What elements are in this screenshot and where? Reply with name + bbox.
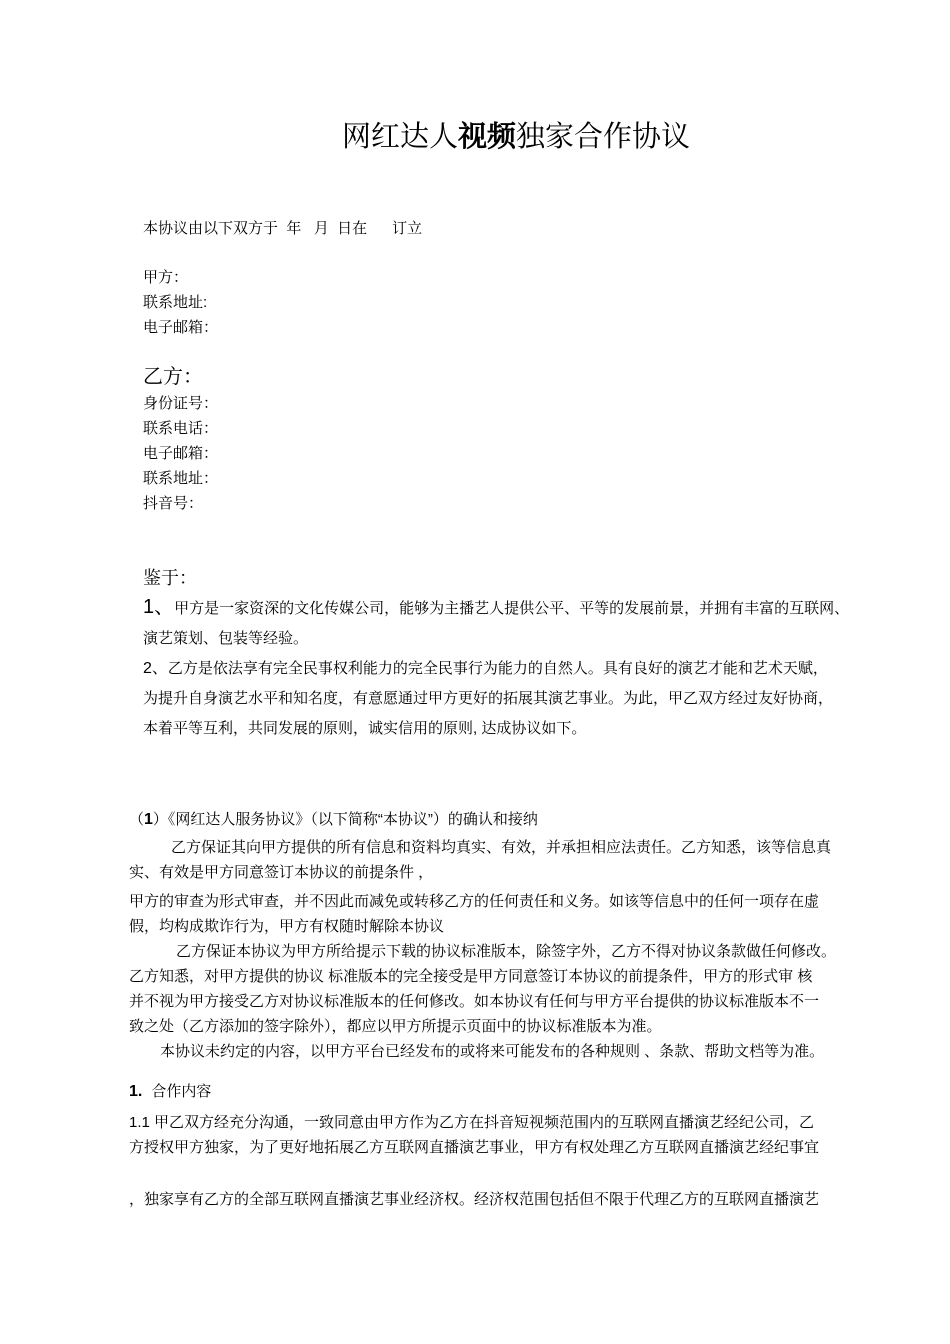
whereas-item-2-line: 为提升自身演艺水平和知名度，有意愿通过甲方更好的拓展其演艺事业。为此，甲乙双方经… xyxy=(143,684,950,714)
paragraph-line: 乙方保证本协议为甲方所给提示下载的协议标准版本，除签字外，乙方不得对协议条款做任… xyxy=(129,939,950,964)
title-segment: 独家合作协议 xyxy=(516,121,690,153)
party-a-label: 甲方： xyxy=(143,265,950,290)
party-a-address: 联系地址: xyxy=(143,290,950,315)
contract-document-page: 网红达人视频独家合作协议 本协议由以下双方于 年 月 日在 订立 甲方： 联系地… xyxy=(0,0,950,1344)
whereas-item-1-text: 甲方是一家资深的文化传媒公司，能够为主播艺人提供公平、平等的发展前景，并拥有丰富… xyxy=(174,600,849,617)
document-title: 网红达人视频独家合作协议 xyxy=(342,119,950,155)
party-b-heading: 乙方： xyxy=(143,363,950,391)
whereas-item-1-line: 1、甲方是一家资深的文化传媒公司，能够为主播艺人提供公平、平等的发展前景，并拥有… xyxy=(143,592,950,624)
paragraph-line: ，独家享有乙方的全部互联网直播演艺事业经济权。经济权范围包括但不限于代理乙方的互… xyxy=(129,1187,950,1212)
clause-1-paragraph-3: 乙方保证本协议为甲方所给提示下载的协议标准版本，除签字外，乙方不得对协议条款做任… xyxy=(129,939,950,1039)
clause-1-heading-number: 1 xyxy=(144,811,153,828)
whereas-item-1: 1、甲方是一家资深的文化传媒公司，能够为主播艺人提供公平、平等的发展前景，并拥有… xyxy=(143,592,950,654)
party-b-douyin-id: 抖音号： xyxy=(143,491,950,516)
paragraph-line: 并不视为甲方接受乙方对协议标准版本的任何修改。如本协议有任何与甲方平台提供的协议… xyxy=(129,989,950,1014)
paragraph-line: 乙方保证其向甲方提供的所有信息和资料均真实、有效，并承担相应法责任。乙方知悉，该… xyxy=(129,835,950,860)
clause-1-heading-paren: （ xyxy=(129,811,144,828)
paragraph-line: 实、有效是甲方同意签订本协议的前提条件 ， xyxy=(129,860,950,885)
clause-2-paragraph-1-1-continued: ，独家享有乙方的全部互联网直播演艺事业经济权。经济权范围包括但不限于代理乙方的互… xyxy=(129,1187,950,1212)
whereas-item-2-line: 2、乙方是依法享有完全民事权利能力的完全民事行为能力的自然人。具有良好的演艺才能… xyxy=(143,654,950,684)
party-a-block: 甲方： 联系地址: 电子邮箱： xyxy=(143,265,950,340)
paragraph-line: 1.1 甲乙双方经充分沟通，一致同意由甲方作为乙方在抖音短视频范围内的互联网直播… xyxy=(129,1110,950,1135)
whereas-item-2-line: 本着平等互利，共同发展的原则，诚实信用的原则, 达成协议如下。 xyxy=(143,714,950,744)
clause-1-paragraph-2: 甲方的审查为形式审查，并不因此而减免或转移乙方的任何责任和义务。如该等信息中的任… xyxy=(129,889,950,939)
agreement-date-line: 本协议由以下双方于 年 月 日在 订立 xyxy=(143,216,950,241)
whereas-item-1-number: 1、 xyxy=(143,596,174,618)
paragraph-line: 乙方知悉，对甲方提供的协议 标准版本的完全接受是甲方同意签订本协议的前提条件，甲… xyxy=(129,964,950,989)
clause-1-heading: （1）《网红达人服务协议》（以下简称“本协议”）的确认和接纳 xyxy=(129,807,950,832)
clause-1-paragraph-1: 乙方保证其向甲方提供的所有信息和资料均真实、有效，并承担相应法责任。乙方知悉，该… xyxy=(129,835,950,885)
title-bold-segment: 视频 xyxy=(458,121,516,153)
whereas-heading: 鉴于： xyxy=(143,564,950,592)
clause-2-heading-number: 1. xyxy=(129,1083,142,1100)
paragraph-line: 方授权甲方独家，为了更好地拓展乙方互联网直播演艺事业，甲方有权处理乙方互联网直播… xyxy=(129,1135,950,1160)
clause-2-heading-text: 合作内容 xyxy=(151,1083,211,1100)
party-b-address: 联系地址： xyxy=(143,466,950,491)
party-b-block: 身份证号： 联系电话： 电子邮箱： 联系地址： 抖音号： xyxy=(143,391,950,516)
whereas-item-2-number: 2、 xyxy=(143,660,168,677)
paragraph-line: 致之处（乙方添加的签字除外），都应以甲方所提示页面中的协议标准版本为准。 xyxy=(129,1014,950,1039)
party-a-email: 电子邮箱： xyxy=(143,315,950,340)
party-b-email: 电子邮箱： xyxy=(143,441,950,466)
paragraph-line: 甲方的审查为形式审查，并不因此而减免或转移乙方的任何责任和义务。如该等信息中的任… xyxy=(129,889,950,914)
clause-1-paragraph-4: 本协议未约定的内容，以甲方平台已经发布的或将来可能发布的各种规则 、条款、帮助文… xyxy=(129,1039,950,1064)
title-segment: 网红达人 xyxy=(342,121,458,153)
paragraph-line: 假，均构成欺诈行为，甲方有权随时解除本协议 xyxy=(129,914,950,939)
whereas-item-1-line: 演艺策划、包装等经验。 xyxy=(143,624,950,654)
whereas-item-2: 2、乙方是依法享有完全民事权利能力的完全民事行为能力的自然人。具有良好的演艺才能… xyxy=(143,654,950,744)
clause-1-heading-text: ）《网红达人服务协议》（以下简称“本协议”）的确认和接纳 xyxy=(153,811,538,828)
whereas-item-2-text: 乙方是依法享有完全民事权利能力的完全民事行为能力的自然人。具有良好的演艺才能和艺… xyxy=(168,660,828,677)
clause-2-paragraph-1-1: 1.1 甲乙双方经充分沟通，一致同意由甲方作为乙方在抖音短视频范围内的互联网直播… xyxy=(129,1110,950,1160)
party-b-id-number: 身份证号： xyxy=(143,391,950,416)
clause-2-heading: 1.合作内容 xyxy=(129,1079,950,1104)
paragraph-line: 本协议未约定的内容，以甲方平台已经发布的或将来可能发布的各种规则 、条款、帮助文… xyxy=(129,1039,950,1064)
party-b-phone: 联系电话： xyxy=(143,416,950,441)
